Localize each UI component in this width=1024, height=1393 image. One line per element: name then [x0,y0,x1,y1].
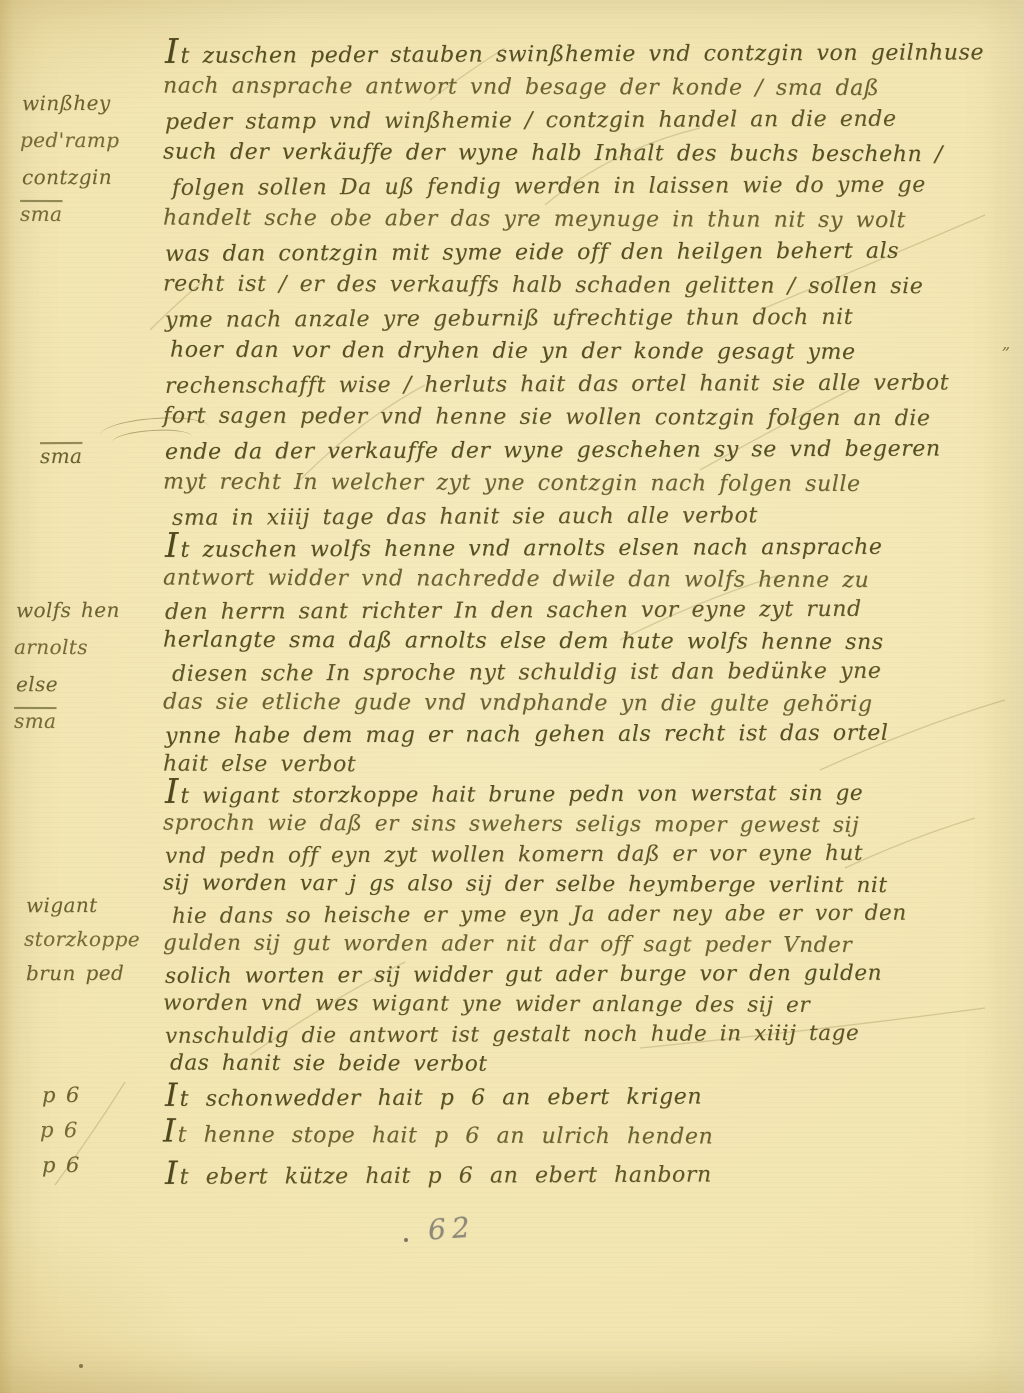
text-line: wolfs hen [16,592,120,629]
text-line: winßhey [22,85,122,122]
text-line: hie dans so heische er yme eyn Ja ader n… [172,898,1013,932]
text-line: It wigant storzkoppe hait brune pedn von… [165,778,1013,812]
text-line: p 6 [40,1113,78,1148]
text-line: else [16,666,120,703]
text-line: p 6 [42,1148,80,1183]
text-line: sma [20,196,120,233]
text-line: It ebert kütze hait p 6 an ebert hanborn [165,1152,1013,1195]
text-line: sma [40,438,83,475]
margin-note-names-2: wolfs henarnoltselsesma [14,592,118,740]
text-line: herlangte sma daß arnolts else dem hute … [163,625,1011,659]
text-line: vnd pedn off eyn zyt wollen komern daß e… [165,838,1013,872]
text-line: It zuschen peder stauben swinßhemie vnd … [165,36,1013,73]
text-line: rechenschafft wise / herluts hait das or… [165,366,1013,403]
text-line: brun ped [26,956,142,991]
text-line: It henne stope hait p 6 an ulrich henden [163,1114,1011,1156]
text-line: storzkoppe [24,922,140,956]
margin-mark-right: „ [1002,334,1010,353]
text-line: das sie etliche gude vnd vndphande yn di… [163,687,1011,721]
text-line: sma in xiiij tage das hanit sie auch all… [172,498,1013,535]
text-line: fort sagen peder vnd henne sie wollen co… [163,400,1011,436]
text-line: antwort widder vnd nachredde dwile dan w… [163,563,1011,597]
text-line: yme nach anzale yre geburniß ufrechtige … [165,300,1013,337]
text-line: recht ist / er des verkauffs halb schade… [163,268,1011,304]
text-line: ynne habe dem mag er nach gehen als rech… [165,717,1013,752]
text-line: wigant [26,888,142,923]
text-line: sij worden var j gs also sij der selbe h… [163,869,1011,902]
parchment-stain-corner [0,1213,220,1393]
page-number: 62 [427,1210,477,1246]
text-line: myt recht In welcher zyt yne contzgin na… [163,466,1011,502]
text-line: nach ansprache antwort vnd besage der ko… [163,70,1011,106]
text-line: hoer dan vor den dryhen die yn der konde… [170,334,1011,370]
entry-block-2: It zuschen wolfs henne vnd arnolts elsen… [163,533,1011,781]
text-line: diesen sche In sproche nyt schuldig ist … [172,655,1013,690]
text-line: p 6 [42,1078,80,1113]
text-line: worden vnd wes wigant yne wider anlange … [163,989,1011,1022]
text-line: peder stamp vnd winßhemie / contzgin han… [165,102,1013,139]
text-line: was dan contzgin mit syme eide off den h… [165,234,1013,271]
text-line: arnolts [14,629,118,666]
margin-note-sma: sma [38,438,80,475]
text-line: hait else verbot [163,749,1011,783]
margin-note-names-1: winßheyped'rampcontzginsma [20,85,119,233]
margin-note-names-3: wigantstorzkoppebrun ped [24,888,140,990]
text-line: such der verkäuffe der wyne halb Inhalt … [163,136,1011,172]
entry-block-1: It zuschen peder stauben swinßhemie vnd … [163,38,1011,533]
text-line: handelt sche obe aber das yre meynuge in… [163,202,1011,238]
text-line: vnschuldig die antwort ist gestalt noch … [165,1018,1013,1052]
manuscript-page: winßheyped'rampcontzginsma sma wolfs hen… [0,0,1024,1393]
entry-block-3: It wigant storzkoppe hait brune pedn von… [163,780,1011,1080]
pencil-dot [404,1238,408,1242]
text-line: sprochn wie daß er sins swehers seligs m… [163,809,1011,842]
text-line: sma [14,703,118,740]
ink-speck [79,1364,83,1368]
margin-marks-p6: p 6p 6p 6 [40,1078,78,1183]
text-line: gulden sij gut worden ader nit dar off s… [163,929,1011,962]
text-line: den herrn sant richter In den sachen vor… [165,593,1013,628]
entry-block-short-items: It schonwedder hait p 6 an ebert krigenI… [163,1080,1011,1193]
text-line: It zuschen wolfs henne vnd arnolts elsen… [165,531,1013,566]
text-line: contzgin [22,159,122,196]
text-line: ped'ramp [20,122,120,159]
text-line: folgen sollen Da uß fendig werden in lai… [172,168,1013,205]
text-line: das hanit sie beide verbot [170,1049,1011,1082]
text-line: It schonwedder hait p 6 an ebert krigen [165,1078,1013,1117]
text-line: solich worten er sij widder gut ader bur… [165,958,1013,992]
text-line: ende da der verkauffe der wyne geschehen… [165,432,1013,469]
